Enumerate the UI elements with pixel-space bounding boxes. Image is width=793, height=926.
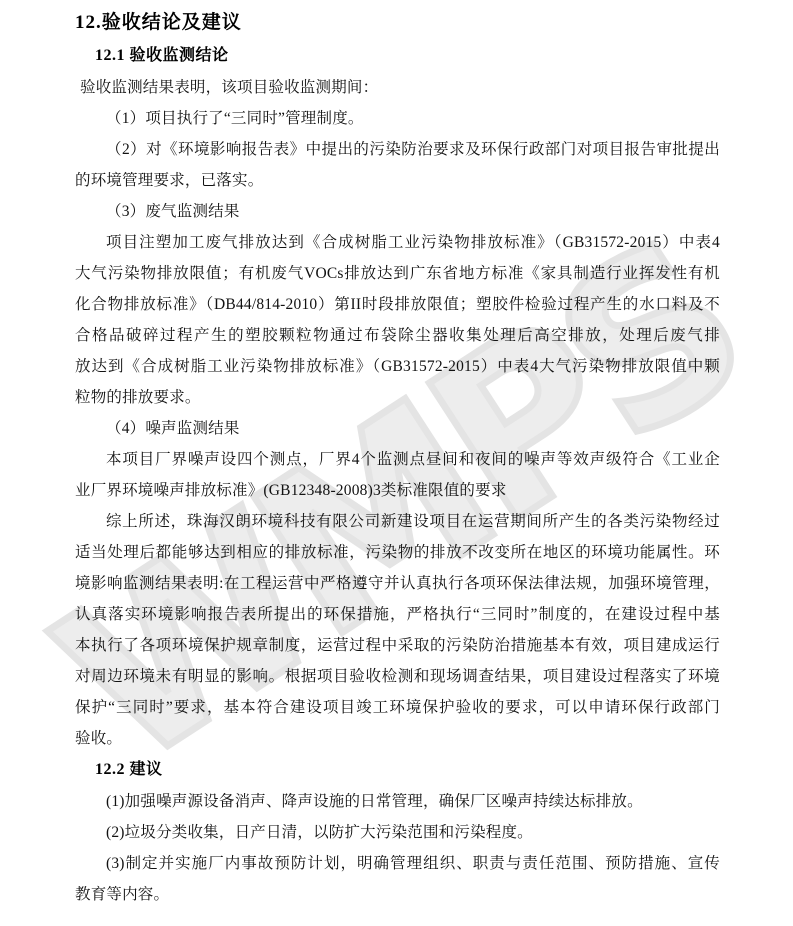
text-line: 本执行了各项环境保护规章制度，运营过程中采取的污染防治措施基本有效，项目建成运行	[75, 630, 720, 661]
text-line: 化合物排放标准》（DB44/814-2010）第II时段排放限值；塑胶件检验过程…	[75, 289, 720, 320]
text-line: （3）废气监测结果	[75, 196, 720, 227]
text-line: 保护“三同时”要求，基本符合建设项目竣工环境保护验收的要求，可以申请环保行政部门	[75, 692, 720, 723]
text-line: 粒物的排放要求。	[75, 382, 720, 413]
text-line: (3)制定并实施厂内事故预防计划，明确管理组织、职责与责任范围、预防措施、宣传	[75, 848, 720, 879]
text-line: 的环境管理要求，已落实。	[75, 165, 720, 196]
text-line: 对周边环境未有明显的影响。根据项目验收检测和现场调查结果，项目建设过程落实了环境	[75, 661, 720, 692]
text-line: 境影响监测结果表明:在工程运营中严格遵守并认真执行各项环保法律法规，加强环境管理…	[75, 568, 720, 599]
text-line: 适当处理后都能够达到相应的排放标准，污染物的排放不改变所在地区的环境功能属性。环	[75, 537, 720, 568]
text-line: 业厂界环境噪声排放标准》(GB12348-2008)3类标准限值的要求	[75, 475, 720, 506]
text-line: 验收监测结果表明，该项目验收监测期间：	[75, 72, 720, 103]
chapter-heading: 12.验收结论及建议	[75, 6, 720, 40]
text-line: 合格品破碎过程产生的塑胶颗粒物通过布袋除尘器收集处理后高空排放，处理后废气排	[75, 320, 720, 351]
text-line: (1)加强噪声源设备消声、降声设施的日常管理，确保厂区噪声持续达标排放。	[75, 786, 720, 817]
text-line: (2)垃圾分类收集，日产日清，以防扩大污染范围和污染程度。	[75, 817, 720, 848]
text-line: 教育等内容。	[75, 879, 720, 910]
section-heading-12-2: 12.2 建议	[75, 754, 720, 786]
document-page: WMPS 12.验收结论及建议 12.1 验收监测结论 验收监测结果表明，该项目…	[0, 6, 793, 926]
text-line: 综上所述，珠海汉朗环境科技有限公司新建设项目在运营期间所产生的各类污染物经过	[75, 506, 720, 537]
text-line: 项目注塑加工废气排放达到《合成树脂工业污染物排放标准》（GB31572-2015…	[75, 227, 720, 258]
text-line: 大气污染物排放限值；有机废气VOCs排放达到广东省地方标准《家具制造行业挥发性有…	[75, 258, 720, 289]
text-line: 认真落实环境影响报告表所提出的环保措施，严格执行“三同时”制度的，在建设过程中基	[75, 599, 720, 630]
text-line: （2）对《环境影响报告表》中提出的污染防治要求及环保行政部门对项目报告审批提出	[75, 134, 720, 165]
text-line: 放达到《合成树脂工业污染物排放标准》（GB31572-2015）中表4大气污染物…	[75, 351, 720, 382]
text-line: （1）项目执行了“三同时”管理制度。	[75, 103, 720, 134]
text-line: （4）噪声监测结果	[75, 413, 720, 444]
document-content: 12.验收结论及建议 12.1 验收监测结论 验收监测结果表明，该项目验收监测期…	[75, 6, 720, 910]
text-line: 本项目厂界噪声设四个测点，厂界4个监测点昼间和夜间的噪声等效声级符合《工业企	[75, 444, 720, 475]
text-line: 验收。	[75, 723, 720, 754]
section-heading-12-1: 12.1 验收监测结论	[75, 40, 720, 72]
